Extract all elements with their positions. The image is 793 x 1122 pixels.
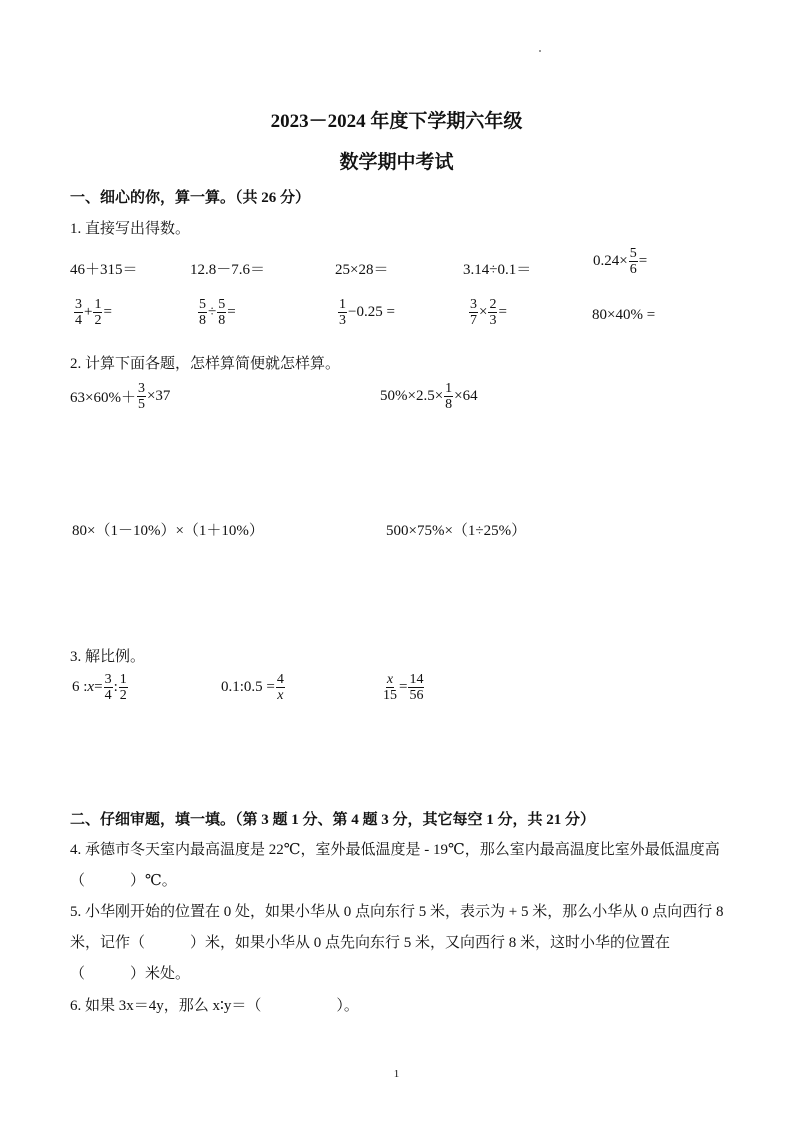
q1-item-4: 3.14÷0.1＝ [463, 258, 531, 279]
fraction: 56 [629, 246, 638, 277]
q5-text: 5. 小华刚开始的位置在 0 处，如果小华从 0 点向东行 5 米，表示为 + … [70, 897, 730, 990]
fraction: 13 [338, 297, 347, 328]
fraction: 23 [488, 297, 497, 328]
q1-item-6: 34 + 12 = [73, 297, 112, 328]
q3-proportion-1: 6 : x = 34 : 12 [72, 672, 129, 703]
q1-item-2: 12.8－7.6＝ [190, 258, 265, 279]
fraction: x15 [382, 672, 398, 703]
fraction: 58 [217, 297, 226, 328]
q2-expr-4: 500×75%×（1÷25%） [386, 519, 526, 540]
scan-dot [539, 50, 541, 52]
fraction: 18 [444, 381, 453, 412]
q1-label: 1. 直接写出得数。 [70, 217, 190, 238]
fraction: 34 [74, 297, 83, 328]
fraction: 37 [469, 297, 478, 328]
section2-heading: 二、仔细审题，填一填。（第 3 题 1 分、第 4 题 3 分，其它每空 1 分… [70, 808, 595, 829]
q1-item-7: 58 ÷ 58 = [197, 297, 236, 328]
fraction: 35 [137, 381, 146, 412]
q1-item-3: 25×28＝ [335, 258, 388, 279]
page-number: 1 [0, 1068, 793, 1080]
q2-expr-1: 63×60%＋ 35 ×37 [70, 381, 170, 412]
q2-expr-3: 80×（1－10%）×（1＋10%） [72, 519, 264, 540]
fraction: 34 [104, 672, 113, 703]
q1-item-9: 37 × 23 = [468, 297, 507, 328]
q1-item-8: 13 −0.25 = [337, 297, 395, 328]
q3-proportion-3: x15 = 1456 [381, 672, 425, 703]
q3-label: 3. 解比例。 [70, 645, 145, 666]
q6-text: 6. 如果 3x＝4y，那么 x∶y＝（ ）。 [70, 991, 730, 1022]
q3-proportion-2: 0.1:0.5 = 4x [221, 672, 286, 703]
fraction: 1456 [408, 672, 424, 703]
q1-item-1: 46＋315＝ [70, 258, 138, 279]
q2-label: 2. 计算下面各题，怎样算简便就怎样算。 [70, 352, 340, 373]
q2-expr-2: 50%×2.5× 18 ×64 [380, 381, 478, 412]
q4-text: 4. 承德市冬天室内最高温度是 22℃，室外最低温度是 - 19℃，那么室内最高… [70, 835, 730, 897]
fraction: 4x [276, 672, 285, 703]
exam-title: 2023－2024 年度下学期六年级 [0, 106, 793, 133]
q1-item-5: 0.24× 56 = [593, 246, 647, 277]
fraction: 12 [119, 672, 128, 703]
section1-heading: 一、细心的你，算一算。（共 26 分） [70, 186, 310, 207]
exam-subtitle: 数学期中考试 [0, 147, 793, 174]
fraction: 58 [198, 297, 207, 328]
q1-item-10: 80×40% = [592, 307, 655, 324]
fraction: 12 [93, 297, 102, 328]
